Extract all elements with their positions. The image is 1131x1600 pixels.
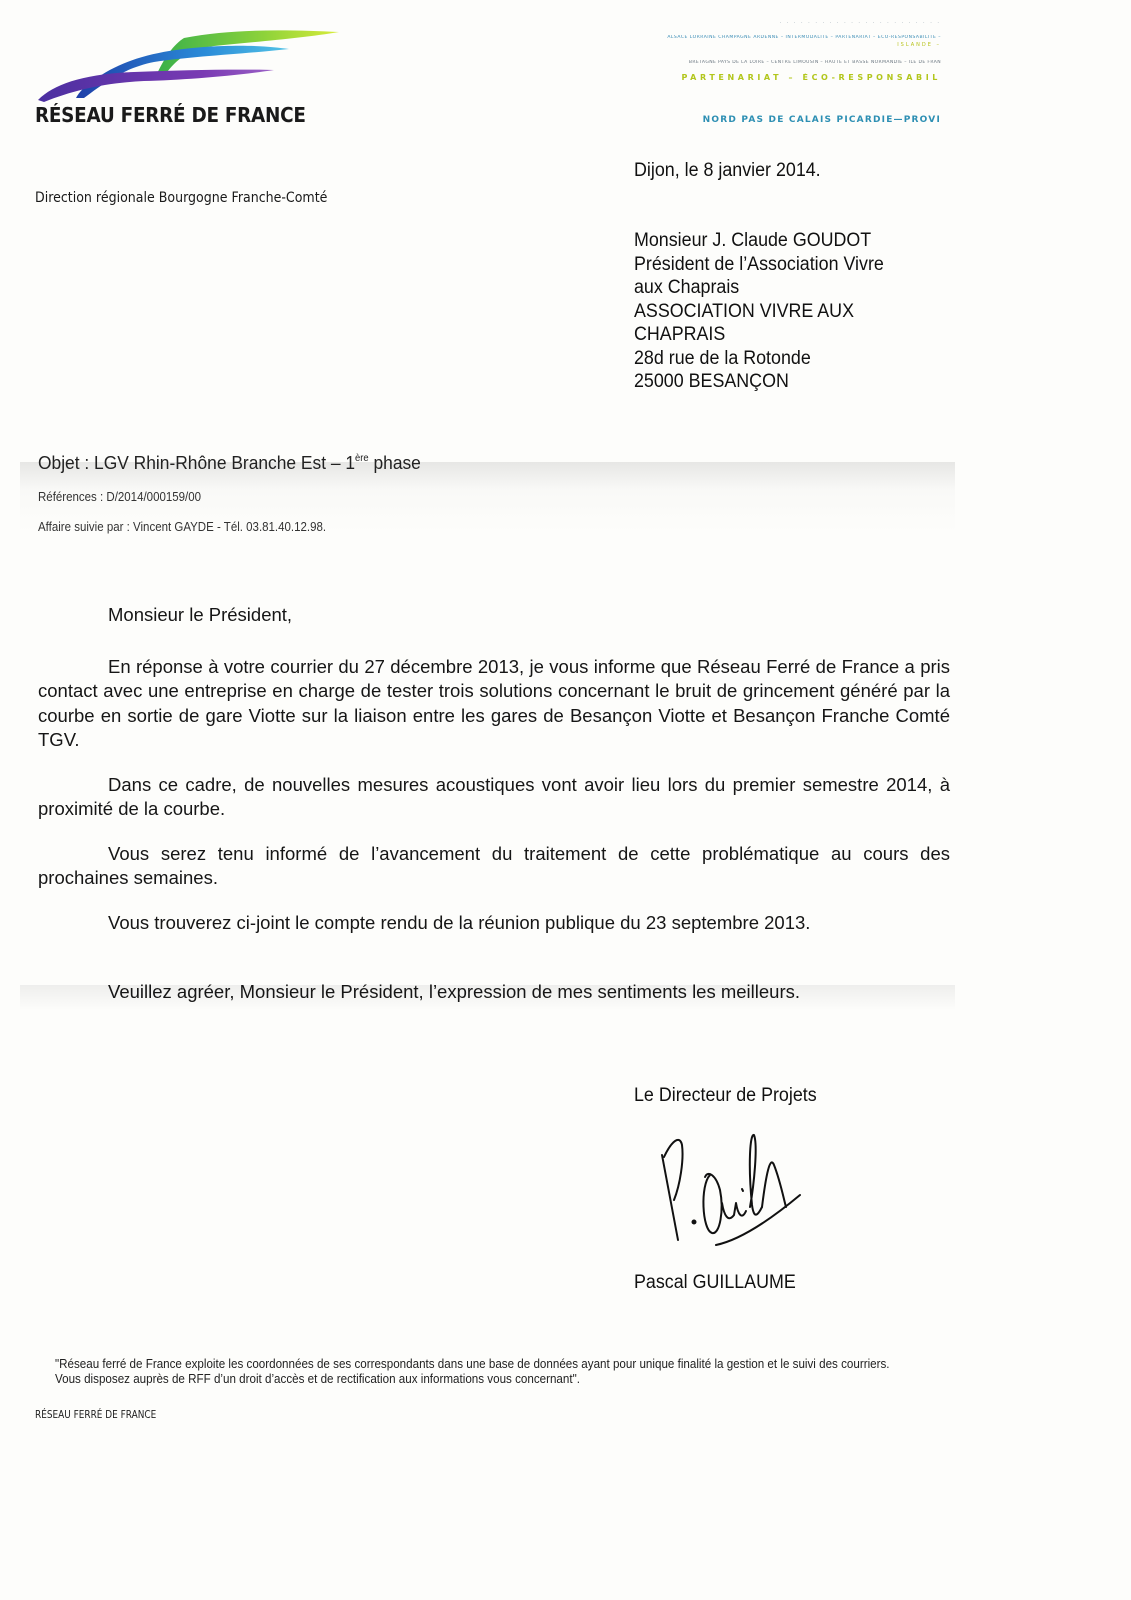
regions-band-line: NORD PAS DE CALAIS PICARDIE—PROVI xyxy=(701,115,941,125)
handwritten-signature-icon xyxy=(650,1115,820,1265)
date-line: Dijon, le 8 janvier 2014. xyxy=(634,160,821,182)
regions-band-line: · · · · · · · · · · · · · · · · · · · · … xyxy=(761,20,941,26)
subject-superscript: ère xyxy=(355,453,369,464)
rff-logo-icon xyxy=(34,28,344,103)
regions-band-line: PARTENARIAT – ÉCO-RESPONSABIL xyxy=(651,73,941,82)
regions-band-line: ALSACE LORRAINE CHAMPAGNE ARDENNE – INTE… xyxy=(611,35,941,40)
body-paragraph: Vous trouverez ci-joint le compte rendu … xyxy=(38,911,950,936)
signatory-title: Le Directeur de Projets xyxy=(634,1085,817,1107)
address-line: CHAPRAIS xyxy=(634,323,884,347)
subject-suffix: phase xyxy=(369,452,421,473)
address-line: Président de l’Association Vivre xyxy=(634,253,884,277)
address-line: ASSOCIATION VIVRE AUX xyxy=(634,300,884,324)
body-paragraph: Vous serez tenu informé de l’avancement … xyxy=(38,842,950,891)
legal-notice: "Réseau ferré de France exploite les coo… xyxy=(55,1357,892,1387)
address-line: Monsieur J. Claude GOUDOT xyxy=(634,229,884,253)
address-line: 28d rue de la Rotonde xyxy=(634,347,884,371)
closing-paragraph: Veuillez agréer, Monsieur le Président, … xyxy=(38,980,950,1005)
letter-body: Monsieur le Président, En réponse à votr… xyxy=(38,603,950,1025)
case-handler-line: Affaire suivie par : Vincent GAYDE - Tél… xyxy=(38,520,326,534)
signatory-name: Pascal GUILLAUME xyxy=(634,1272,796,1294)
regional-direction: Direction régionale Bourgogne Franche-Co… xyxy=(35,190,327,206)
address-line: aux Chaprais xyxy=(634,276,884,300)
subject-line: Objet : LGV Rhin-Rhône Branche Est – 1èr… xyxy=(38,452,421,474)
footer-brand-name: RÉSEAU FERRÉ DE FRANCE xyxy=(35,1409,156,1421)
body-paragraph: Dans ce cadre, de nouvelles mesures acou… xyxy=(38,773,950,822)
regions-band-line: BRETAGNE PAYS DE LA LOIRE – CENTRE LIMOU… xyxy=(611,60,941,65)
brand-name: RÉSEAU FERRÉ DE FRANCE xyxy=(35,103,306,127)
body-paragraph: En réponse à votre courrier du 27 décemb… xyxy=(38,655,950,753)
subject-text: Objet : LGV Rhin-Rhône Branche Est – 1 xyxy=(38,452,355,473)
references-line: Références : D/2014/000159/00 xyxy=(38,490,201,504)
salutation: Monsieur le Président, xyxy=(38,603,950,628)
address-line: 25000 BESANÇON xyxy=(634,370,884,394)
recipient-address: Monsieur J. Claude GOUDOT Président de l… xyxy=(634,229,884,394)
regions-band-line: ISLANDE – xyxy=(881,42,941,48)
